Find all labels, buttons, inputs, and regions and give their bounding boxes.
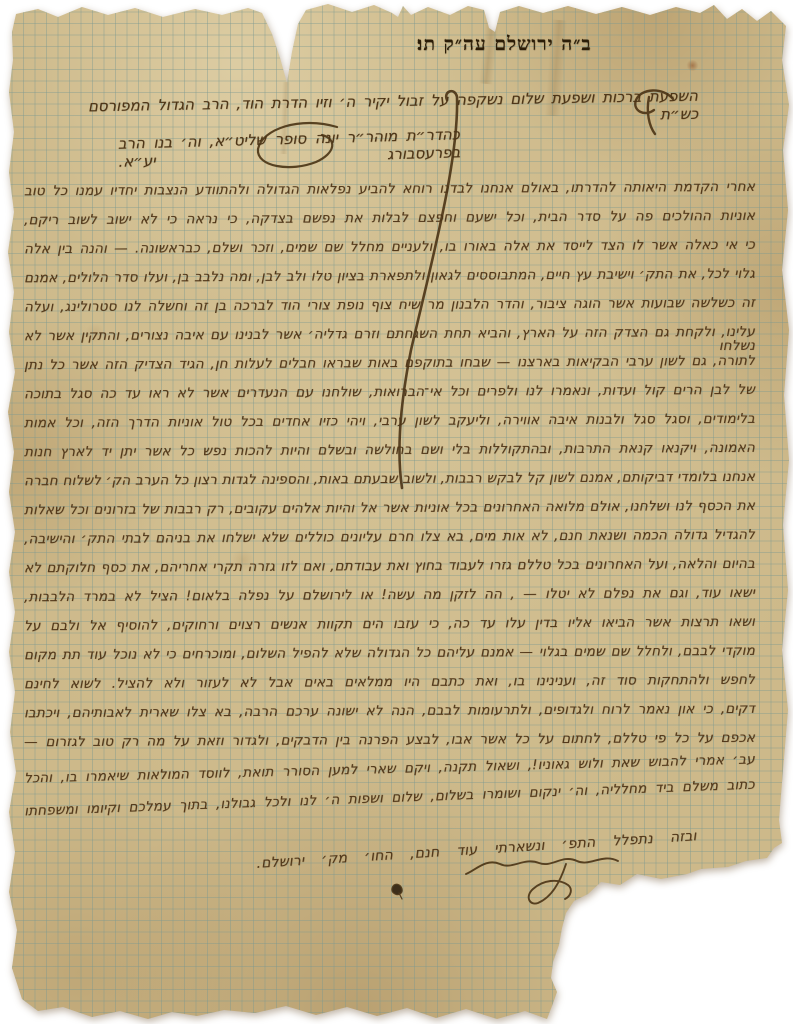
handwritten-line: כתוב משלם ביד מחלליה, וה׳ ינקום ושומרו ב… — [24, 779, 755, 819]
handwritten-line: מוקדי לבבם, ולחלל שם שמים בגלוי — אמנם ע… — [24, 645, 755, 663]
handwritten-line: לתורה, גם לשון ערבי הבקיאות בארצנו — שבח… — [24, 355, 755, 373]
handwritten-line: כי אי כאלה אשר לו הצד לייסד את אלה באורו… — [24, 239, 755, 257]
handwritten-line: בהיום והלאה, ועל האחרונים בכל טללם גזרו … — [24, 558, 755, 576]
handwritten-line: להגדיל גדולה הכמה ושנאת חנם, לא אות מים,… — [24, 529, 755, 547]
handwritten-line: האמונה, ויקנאו קנאת התרבות, ובהתקוללות ב… — [24, 442, 755, 460]
handwritten-line: של לבן הרים קול ועדות, ונאמרו לנו ולפרים… — [24, 384, 755, 402]
closing-line: ובזה נתפלל התפ׳ ונשארתי עוד חנם, החו׳ מק… — [256, 829, 697, 871]
letter-paper: ב״ה ירושלם עה״ק תו׃ השפעת ברכות ושפעת של… — [0, 0, 793, 1024]
handwritten-line: אחרי הקדמת היאותה להדרתו, באולם אנחנו לב… — [24, 181, 755, 199]
handwritten-line: את הכסף לנו ושלחנו, אולם מלואה האחרונים … — [24, 500, 755, 518]
handwritten-line: בלימודים, וסגל סגל ולבנות איבה אווירה, ו… — [24, 413, 755, 431]
greeting-line-2: כהדר״ת מוהר״ר יונה סופר שליט״א, וה׳ בנו … — [118, 125, 461, 171]
handwritten-line: גלוי לכל, את התק׳ וישיבת עץ חיים, המתבוס… — [24, 268, 755, 286]
ink-stain — [686, 60, 699, 71]
letterhead-city-line: ב״ה ירושלם עה״ק תו׃ — [404, 33, 604, 56]
handwritten-line: ושאו תרצות אשר הביאו אליו בדין עלו עד כה… — [24, 616, 755, 634]
handwritten-line: דקים, כי און נאמר לרוח ולגדופים, ולתרעומ… — [24, 703, 755, 721]
paper-shadow: ב״ה ירושלם עה״ק תו׃ השפעת ברכות ושפעת של… — [0, 0, 793, 1024]
ink-blot — [392, 884, 402, 899]
signature-scribble — [466, 858, 618, 903]
handwritten-line: לחפש ולהתחקות סוד זה, וענינינו בו, ואת כ… — [24, 674, 755, 692]
handwritten-line: זה כשלשה שבועות אשר הוגה ציבור, והדר הלב… — [24, 297, 755, 315]
handwritten-line: אכפם על כל פי טללם, לחתום על כל אשר אבו,… — [24, 732, 755, 750]
photo-background: ב״ה ירושלם עה״ק תו׃ השפעת ברכות ושפעת של… — [0, 0, 793, 1024]
handwritten-line: אוניות ההולכים פה על סדר הבית, וכל ישעם … — [24, 210, 755, 228]
handwritten-line: ישאו עוד, וגם את נפלם לא יטלו — , הה לזק… — [24, 587, 755, 605]
handwritten-line: אנחנו בלומדי דביקותם, אמנם לשון קל לבקש … — [24, 471, 755, 489]
